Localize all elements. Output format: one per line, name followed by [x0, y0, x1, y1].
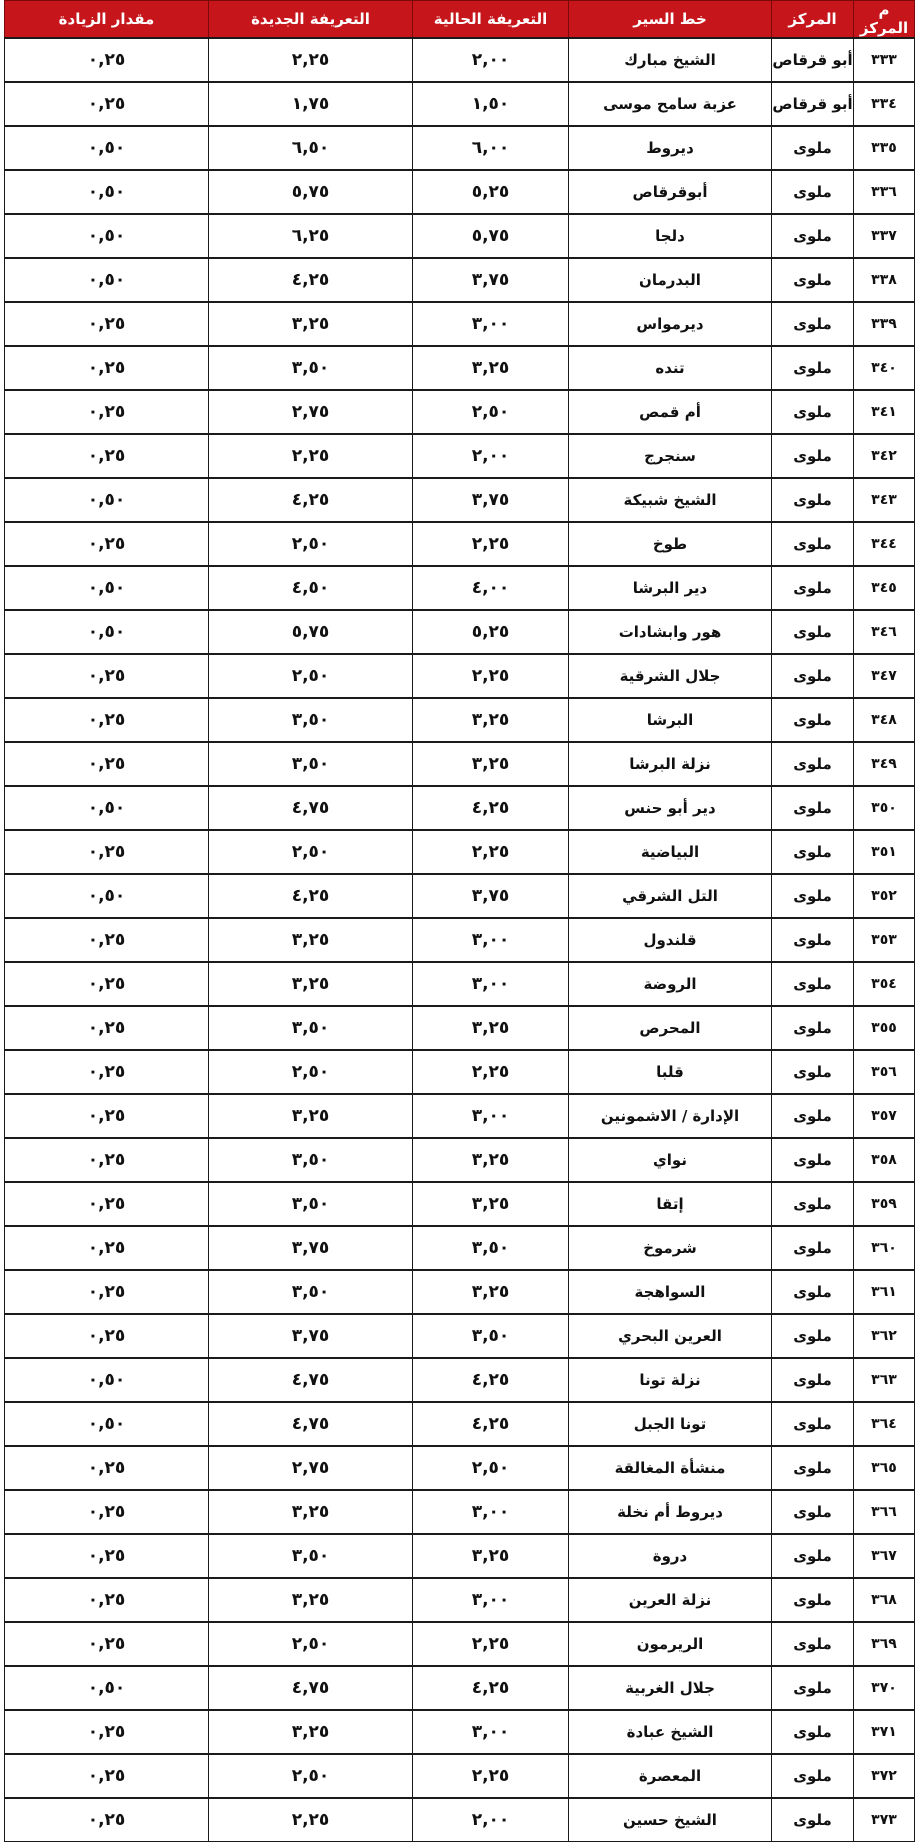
cell-increase: ٠,٢٥ — [5, 346, 209, 390]
cell-center-number: ٣٦٩ — [854, 1622, 915, 1666]
cell-increase: ٠,٢٥ — [5, 654, 209, 698]
cell-center-number: ٣٥٥ — [854, 1006, 915, 1050]
table-row: ٣٤٠ملوىتنده٣,٢٥٣,٥٠٠,٢٥ — [5, 346, 915, 390]
cell-new-fare: ٢,٥٠ — [209, 830, 413, 874]
cell-new-fare: ٣,٥٠ — [209, 1182, 413, 1226]
cell-route: الشيخ عبادة — [569, 1710, 772, 1754]
cell-center: ملوى — [772, 1578, 854, 1622]
cell-route: البياضية — [569, 830, 772, 874]
cell-increase: ٠,٢٥ — [5, 1314, 209, 1358]
cell-increase: ٠,٢٥ — [5, 1534, 209, 1578]
cell-new-fare: ٢,٢٥ — [209, 38, 413, 82]
cell-current-fare: ٢,٢٥ — [413, 1050, 569, 1094]
cell-center: ملوى — [772, 918, 854, 962]
cell-center-number: ٣٦٣ — [854, 1358, 915, 1402]
cell-route: الشيخ شبيكة — [569, 478, 772, 522]
cell-current-fare: ٣,٢٥ — [413, 1182, 569, 1226]
table-row: ٣٥٧ملوىالإدارة / الاشمونين٣,٠٠٣,٢٥٠,٢٥ — [5, 1094, 915, 1138]
header-route: خط السير — [569, 1, 772, 39]
cell-route: البدرمان — [569, 258, 772, 302]
fare-table: م المركز المركز خط السير التعريفة الحالي… — [4, 0, 915, 1800]
cell-current-fare: ٣,٢٥ — [413, 1006, 569, 1050]
cell-new-fare: ٣,٥٠ — [209, 1270, 413, 1314]
cell-center: ملوى — [772, 258, 854, 302]
cell-increase: ٠,٢٥ — [5, 1094, 209, 1138]
cell-center-number: ٣٤٩ — [854, 742, 915, 786]
cell-increase: ٠,٥٠ — [5, 566, 209, 610]
cell-route: دروة — [569, 1534, 772, 1578]
cell-route: هور وابشادات — [569, 610, 772, 654]
cell-center: أبو قرقاص — [772, 82, 854, 126]
cell-current-fare: ٢,٢٥ — [413, 522, 569, 566]
cell-new-fare: ٦,٢٥ — [209, 214, 413, 258]
cell-route: جلال الغربية — [569, 1666, 772, 1710]
table-row: ٣٣٩ملوىديرمواس٣,٠٠٣,٢٥٠,٢٥ — [5, 302, 915, 346]
cell-current-fare: ٣,٥٠ — [413, 1226, 569, 1270]
table-row: ٣٥٩ملوىإتقا٣,٢٥٣,٥٠٠,٢٥ — [5, 1182, 915, 1226]
cell-route: أبوقرقاص — [569, 170, 772, 214]
cell-current-fare: ٢,٥٠ — [413, 1446, 569, 1490]
cell-increase: ٠,٥٠ — [5, 786, 209, 830]
cell-current-fare: ٣,٢٥ — [413, 698, 569, 742]
cell-new-fare: ٣,٢٥ — [209, 1710, 413, 1754]
cell-center: ملوى — [772, 698, 854, 742]
cell-increase: ٠,٢٥ — [5, 38, 209, 82]
cell-new-fare: ٤,٢٥ — [209, 874, 413, 918]
cell-increase: ٠,٢٥ — [5, 1490, 209, 1534]
cell-current-fare: ٤,٢٥ — [413, 786, 569, 830]
cell-center-number: ٣٦٨ — [854, 1578, 915, 1622]
cell-new-fare: ٦,٥٠ — [209, 126, 413, 170]
cell-current-fare: ٣,٠٠ — [413, 1710, 569, 1754]
table-row: ٣٦٨ملوىنزلة العرين٣,٠٠٣,٢٥٠,٢٥ — [5, 1578, 915, 1622]
cell-route: شرموخ — [569, 1226, 772, 1270]
cell-new-fare: ٣,٢٥ — [209, 302, 413, 346]
header-center: المركز — [772, 1, 854, 39]
cell-new-fare: ٢,٥٠ — [209, 1622, 413, 1666]
cell-route: تونا الجبل — [569, 1402, 772, 1446]
cell-route: ديرمواس — [569, 302, 772, 346]
cell-route: المحرص — [569, 1006, 772, 1050]
cell-current-fare: ٣,٧٥ — [413, 478, 569, 522]
cell-center: ملوى — [772, 654, 854, 698]
cell-increase: ٠,٢٥ — [5, 830, 209, 874]
cell-increase: ٠,٥٠ — [5, 1402, 209, 1446]
cell-new-fare: ٤,٧٥ — [209, 786, 413, 830]
cell-increase: ٠,٥٠ — [5, 1666, 209, 1710]
cell-route: قلبا — [569, 1050, 772, 1094]
cell-new-fare: ٣,٧٥ — [209, 1226, 413, 1270]
cell-route: تنده — [569, 346, 772, 390]
cell-current-fare: ٢,٢٥ — [413, 1622, 569, 1666]
cell-increase: ٠,٢٥ — [5, 1138, 209, 1182]
table-row: ٣٧١ملوىالشيخ عبادة٣,٠٠٣,٢٥٠,٢٥ — [5, 1710, 915, 1754]
cell-center: ملوى — [772, 1710, 854, 1754]
cell-new-fare: ٣,٢٥ — [209, 962, 413, 1006]
table-row: ٣٣٦ملوىأبوقرقاص٥,٢٥٥,٧٥٠,٥٠ — [5, 170, 915, 214]
cell-route: نزلة البرشا — [569, 742, 772, 786]
cell-new-fare: ٢,٧٥ — [209, 1446, 413, 1490]
cell-center: ملوى — [772, 610, 854, 654]
cell-center-number: ٣٥٢ — [854, 874, 915, 918]
cell-route: ديروط — [569, 126, 772, 170]
cell-center: ملوى — [772, 1666, 854, 1710]
cell-center-number: ٣٧٢ — [854, 1754, 915, 1798]
cell-center-number: ٣٦١ — [854, 1270, 915, 1314]
cell-center-number: ٣٥٣ — [854, 918, 915, 962]
cell-center: ملوى — [772, 1050, 854, 1094]
cell-increase: ٠,٥٠ — [5, 258, 209, 302]
table-row: ٣٥٢ملوىالتل الشرقي٣,٧٥٤,٢٥٠,٥٠ — [5, 874, 915, 918]
cell-increase: ٠,٢٥ — [5, 962, 209, 1006]
table-row: ٣٧٢ملوىالمعصرة٢,٢٥٢,٥٠٠,٢٥ — [5, 1754, 915, 1798]
cell-current-fare: ٥,٢٥ — [413, 610, 569, 654]
cell-increase: ٠,٥٠ — [5, 478, 209, 522]
cell-current-fare: ٣,٠٠ — [413, 918, 569, 962]
cell-route: قلندول — [569, 918, 772, 962]
table-row: ٣٥٨ملوىنواي٣,٢٥٣,٥٠٠,٢٥ — [5, 1138, 915, 1182]
cell-center: ملوى — [772, 1270, 854, 1314]
cell-center-number: ٣٣٨ — [854, 258, 915, 302]
cell-new-fare: ٣,٥٠ — [209, 1534, 413, 1578]
cell-center: ملوى — [772, 1182, 854, 1226]
cell-increase: ٠,٢٥ — [5, 1446, 209, 1490]
table-row: ٣٦٣ملوىنزلة تونا٤,٢٥٤,٧٥٠,٥٠ — [5, 1358, 915, 1402]
cell-increase: ٠,٢٥ — [5, 1622, 209, 1666]
table-body: ٣٣٣أبو قرقاصالشيخ مبارك٢,٠٠٢,٢٥٠,٢٥٣٣٤أب… — [5, 38, 915, 1800]
cell-increase: ٠,٢٥ — [5, 82, 209, 126]
cell-new-fare: ٣,٥٠ — [209, 698, 413, 742]
cell-center-number: ٣٤٣ — [854, 478, 915, 522]
cell-new-fare: ٤,٢٥ — [209, 478, 413, 522]
cell-center: ملوى — [772, 478, 854, 522]
cell-center: ملوى — [772, 126, 854, 170]
cell-current-fare: ٢,٥٠ — [413, 390, 569, 434]
cell-increase: ٠,٢٥ — [5, 522, 209, 566]
cell-center: ملوى — [772, 1358, 854, 1402]
cell-route: جلال الشرقية — [569, 654, 772, 698]
cell-current-fare: ٥,٧٥ — [413, 214, 569, 258]
cell-route: العرين البحري — [569, 1314, 772, 1358]
cell-center: ملوى — [772, 1622, 854, 1666]
cell-current-fare: ٤,٢٥ — [413, 1402, 569, 1446]
cell-new-fare: ٢,٥٠ — [209, 1754, 413, 1798]
table-row: ٣٥٠ملوىدير أبو حنس٤,٢٥٤,٧٥٠,٥٠ — [5, 786, 915, 830]
cell-new-fare: ٣,٢٥ — [209, 918, 413, 962]
header-new-fare: التعريفة الجديدة — [209, 1, 413, 39]
cell-new-fare: ٣,٧٥ — [209, 1314, 413, 1358]
table-row: ٣٣٤أبو قرقاصعزبة سامح موسى١,٥٠١,٧٥٠,٢٥ — [5, 82, 915, 126]
cell-center-number: ٣٤٧ — [854, 654, 915, 698]
cell-new-fare: ٤,٢٥ — [209, 258, 413, 302]
cell-increase: ٠,٢٥ — [5, 1006, 209, 1050]
cell-increase: ٠,٢٥ — [5, 1578, 209, 1622]
cell-center-number: ٣٤٥ — [854, 566, 915, 610]
cell-center-number: ٣٤١ — [854, 390, 915, 434]
cell-increase: ٠,٢٥ — [5, 1710, 209, 1754]
cell-route: نزلة تونا — [569, 1358, 772, 1402]
table-row: ٣٦٥ملوىمنشأة المغالقة٢,٥٠٢,٧٥٠,٢٥ — [5, 1446, 915, 1490]
cell-new-fare: ١,٧٥ — [209, 82, 413, 126]
cell-center-number: ٣٥٩ — [854, 1182, 915, 1226]
cell-new-fare: ٤,٥٠ — [209, 566, 413, 610]
cell-current-fare: ٣,٢٥ — [413, 346, 569, 390]
cell-new-fare: ٤,٧٥ — [209, 1358, 413, 1402]
cell-route: التل الشرقي — [569, 874, 772, 918]
cell-route: المعصرة — [569, 1754, 772, 1798]
fare-table-container: م المركز المركز خط السير التعريفة الحالي… — [4, 0, 914, 1800]
table-row: ٣٧٠ملوىجلال الغربية٤,٢٥٤,٧٥٠,٥٠ — [5, 1666, 915, 1710]
cell-increase: ٠,٢٥ — [5, 1754, 209, 1798]
cell-center: ملوى — [772, 874, 854, 918]
cell-route: الشيخ مبارك — [569, 38, 772, 82]
table-row: ٣٤٦ملوىهور وابشادات٥,٢٥٥,٧٥٠,٥٠ — [5, 610, 915, 654]
cell-center-number: ٣٤٤ — [854, 522, 915, 566]
cell-current-fare: ٢,٢٥ — [413, 1754, 569, 1798]
cell-center-number: ٣٥٨ — [854, 1138, 915, 1182]
cell-current-fare: ٤,٢٥ — [413, 1666, 569, 1710]
cell-route: سنجرج — [569, 434, 772, 478]
cell-route: منشأة المغالقة — [569, 1446, 772, 1490]
cell-center-number: ٣٤٦ — [854, 610, 915, 654]
table-row: ٣٣٧ملوىدلجا٥,٧٥٦,٢٥٠,٥٠ — [5, 214, 915, 258]
cell-center-number: ٣٦٠ — [854, 1226, 915, 1270]
cell-center-number: ٣٦٥ — [854, 1446, 915, 1490]
cell-center-number: ٣٤٢ — [854, 434, 915, 478]
cell-center: ملوى — [772, 1754, 854, 1798]
cell-center: ملوى — [772, 522, 854, 566]
table-row: ٣٥٤ملوىالروضة٣,٠٠٣,٢٥٠,٢٥ — [5, 962, 915, 1006]
cell-current-fare: ٤,٢٥ — [413, 1358, 569, 1402]
cell-center: ملوى — [772, 1490, 854, 1534]
cell-center: ملوى — [772, 214, 854, 258]
cell-increase: ٠,٥٠ — [5, 170, 209, 214]
cell-new-fare: ٤,٧٥ — [209, 1666, 413, 1710]
header-current-fare: التعريفة الحالية — [413, 1, 569, 39]
table-header-row: م المركز المركز خط السير التعريفة الحالي… — [5, 1, 915, 39]
cell-route: أم قمص — [569, 390, 772, 434]
cell-increase: ٠,٢٥ — [5, 1050, 209, 1094]
cell-center-number: ٣٤٨ — [854, 698, 915, 742]
cell-center: ملوى — [772, 390, 854, 434]
table-row: ٣٤٢ملوىسنجرج٢,٠٠٢,٢٥٠,٢٥ — [5, 434, 915, 478]
cell-center: ملوى — [772, 434, 854, 478]
cell-center-number: ٣٧٠ — [854, 1666, 915, 1710]
table-row: ٣٦٤ملوىتونا الجبل٤,٢٥٤,٧٥٠,٥٠ — [5, 1402, 915, 1446]
header-increase: مقدار الزيادة — [5, 1, 209, 39]
cell-new-fare: ٣,٥٠ — [209, 1006, 413, 1050]
cell-current-fare: ٣,٧٥ — [413, 874, 569, 918]
cell-current-fare: ٢,٢٥ — [413, 654, 569, 698]
cell-current-fare: ٢,٠٠ — [413, 434, 569, 478]
cell-increase: ٠,٥٠ — [5, 126, 209, 170]
cell-center: ملوى — [772, 302, 854, 346]
cell-new-fare: ٢,٥٠ — [209, 522, 413, 566]
cell-center: أبو قرقاص — [772, 38, 854, 82]
cell-route: دير البرشا — [569, 566, 772, 610]
cell-current-fare: ٢,٠٠ — [413, 38, 569, 82]
cell-center-number: ٣٦٤ — [854, 1402, 915, 1446]
cell-increase: ٠,٢٥ — [5, 742, 209, 786]
cell-center-number: ٣٥٠ — [854, 786, 915, 830]
cell-current-fare: ٣,٢٥ — [413, 1534, 569, 1578]
cell-center-number: ٣٥٧ — [854, 1094, 915, 1138]
cell-increase: ٠,٥٠ — [5, 214, 209, 258]
cell-center: ملوى — [772, 1314, 854, 1358]
cell-route: ديروط أم نخلة — [569, 1490, 772, 1534]
cell-center: ملوى — [772, 1006, 854, 1050]
table-row: ٣٤٤ملوىطوخ٢,٢٥٢,٥٠٠,٢٥ — [5, 522, 915, 566]
cell-increase: ٠,٢٥ — [5, 434, 209, 478]
cell-route: عزبة سامح موسى — [569, 82, 772, 126]
cell-new-fare: ٣,٢٥ — [209, 1490, 413, 1534]
cell-center-number: ٣٦٦ — [854, 1490, 915, 1534]
table-row: ٣٥١ملوىالبياضية٢,٢٥٢,٥٠٠,٢٥ — [5, 830, 915, 874]
cell-center-number: ٣٣٤ — [854, 82, 915, 126]
cell-route: السواهجة — [569, 1270, 772, 1314]
table-row: ٣٤٧ملوىجلال الشرقية٢,٢٥٢,٥٠٠,٢٥ — [5, 654, 915, 698]
cell-center: ملوى — [772, 830, 854, 874]
cell-route: طوخ — [569, 522, 772, 566]
cell-increase: ٠,٢٥ — [5, 390, 209, 434]
cell-route: نواي — [569, 1138, 772, 1182]
cell-route: إتقا — [569, 1182, 772, 1226]
cell-new-fare: ٢,٢٥ — [209, 434, 413, 478]
cell-new-fare: ٣,٥٠ — [209, 1138, 413, 1182]
cell-center: ملوى — [772, 742, 854, 786]
cell-route: البرشا — [569, 698, 772, 742]
table-row: ٣٤٣ملوىالشيخ شبيكة٣,٧٥٤,٢٥٠,٥٠ — [5, 478, 915, 522]
table-row: ٣٦٠ملوىشرموخ٣,٥٠٣,٧٥٠,٢٥ — [5, 1226, 915, 1270]
table-row: ٣٦٦ملوىديروط أم نخلة٣,٠٠٣,٢٥٠,٢٥ — [5, 1490, 915, 1534]
cell-current-fare: ٣,٢٥ — [413, 742, 569, 786]
table-row: ٣٦١ملوىالسواهجة٣,٢٥٣,٥٠٠,٢٥ — [5, 1270, 915, 1314]
table-row: ٣٦٧ملوىدروة٣,٢٥٣,٥٠٠,٢٥ — [5, 1534, 915, 1578]
cell-center-number: ٣٣٥ — [854, 126, 915, 170]
cell-center-number: ٣٣٧ — [854, 214, 915, 258]
cell-center-number: ٣٣٩ — [854, 302, 915, 346]
cell-center-number: ٣٦٢ — [854, 1314, 915, 1358]
cell-current-fare: ٣,٥٠ — [413, 1314, 569, 1358]
cell-route: الريرمون — [569, 1622, 772, 1666]
cell-center: ملوى — [772, 170, 854, 214]
cell-center-number: ٣٣٦ — [854, 170, 915, 214]
cell-center: ملوى — [772, 1446, 854, 1490]
table-row: ٣٤٥ملوىدير البرشا٤,٠٠٤,٥٠٠,٥٠ — [5, 566, 915, 610]
cell-center: ملوى — [772, 1402, 854, 1446]
table-row: ٣٤٩ملوىنزلة البرشا٣,٢٥٣,٥٠٠,٢٥ — [5, 742, 915, 786]
cell-current-fare: ٣,٠٠ — [413, 962, 569, 1006]
cell-new-fare: ٢,٥٠ — [209, 654, 413, 698]
cell-center: ملوى — [772, 1534, 854, 1578]
cell-new-fare: ٥,٧٥ — [209, 610, 413, 654]
cell-increase: ٠,٢٥ — [5, 1226, 209, 1270]
cell-increase: ٠,٢٥ — [5, 1270, 209, 1314]
cell-center: ملوى — [772, 1226, 854, 1270]
cell-center: ملوى — [772, 346, 854, 390]
cell-increase: ٠,٥٠ — [5, 874, 209, 918]
table-row: ٣٤١ملوىأم قمص٢,٥٠٢,٧٥٠,٢٥ — [5, 390, 915, 434]
cell-new-fare: ٣,٥٠ — [209, 346, 413, 390]
cell-current-fare: ١,٥٠ — [413, 82, 569, 126]
cell-current-fare: ٣,٠٠ — [413, 302, 569, 346]
table-row: ٣٥٣ملوىقلندول٣,٠٠٣,٢٥٠,٢٥ — [5, 918, 915, 962]
table-row: ٣٤٨ملوىالبرشا٣,٢٥٣,٥٠٠,٢٥ — [5, 698, 915, 742]
cell-increase: ٠,٥٠ — [5, 610, 209, 654]
cell-center-number: ٣٣٣ — [854, 38, 915, 82]
cell-increase: ٠,٢٥ — [5, 918, 209, 962]
cell-center-number: ٣٦٧ — [854, 1534, 915, 1578]
cell-center-number: ٣٤٠ — [854, 346, 915, 390]
cell-new-fare: ٣,٥٠ — [209, 742, 413, 786]
table-row: ٣٥٦ملوىقلبا٢,٢٥٢,٥٠٠,٢٥ — [5, 1050, 915, 1094]
cell-current-fare: ٣,٠٠ — [413, 1094, 569, 1138]
cell-increase: ٠,٢٥ — [5, 1182, 209, 1226]
cell-route: الروضة — [569, 962, 772, 1006]
header-center-number: م المركز — [854, 1, 915, 39]
cell-route: دلجا — [569, 214, 772, 258]
cell-current-fare: ٤,٠٠ — [413, 566, 569, 610]
table-row: ٣٦٩ملوىالريرمون٢,٢٥٢,٥٠٠,٢٥ — [5, 1622, 915, 1666]
cell-current-fare: ٦,٠٠ — [413, 126, 569, 170]
cell-current-fare: ٢,٢٥ — [413, 830, 569, 874]
cell-route: نزلة العرين — [569, 1578, 772, 1622]
cell-center: ملوى — [772, 1094, 854, 1138]
cell-route: الإدارة / الاشمونين — [569, 1094, 772, 1138]
cell-new-fare: ٣,٢٥ — [209, 1578, 413, 1622]
cell-route: دير أبو حنس — [569, 786, 772, 830]
cell-current-fare: ٣,٠٠ — [413, 1490, 569, 1534]
cell-current-fare: ٥,٢٥ — [413, 170, 569, 214]
cell-current-fare: ٣,٧٥ — [413, 258, 569, 302]
cell-center-number: ٣٥١ — [854, 830, 915, 874]
table-row: ٣٦٢ملوىالعرين البحري٣,٥٠٣,٧٥٠,٢٥ — [5, 1314, 915, 1358]
cell-current-fare: ٣,٠٠ — [413, 1578, 569, 1622]
cell-increase: ٠,٥٠ — [5, 1358, 209, 1402]
cell-center: ملوى — [772, 786, 854, 830]
cell-center: ملوى — [772, 962, 854, 1006]
cell-center: ملوى — [772, 1138, 854, 1182]
cell-increase: ٠,٢٥ — [5, 302, 209, 346]
table-row: ٣٣٣أبو قرقاصالشيخ مبارك٢,٠٠٢,٢٥٠,٢٥ — [5, 38, 915, 82]
cell-new-fare: ٢,٥٠ — [209, 1050, 413, 1094]
cell-current-fare: ٣,٢٥ — [413, 1270, 569, 1314]
cell-new-fare: ٣,٢٥ — [209, 1094, 413, 1138]
cell-center: ملوى — [772, 566, 854, 610]
cell-center-number: ٣٧١ — [854, 1710, 915, 1754]
cell-center-number: ٣٥٤ — [854, 962, 915, 1006]
table-row: ٣٣٥ملوىديروط٦,٠٠٦,٥٠٠,٥٠ — [5, 126, 915, 170]
table-row: ٣٣٨ملوىالبدرمان٣,٧٥٤,٢٥٠,٥٠ — [5, 258, 915, 302]
cell-center-number: ٣٥٦ — [854, 1050, 915, 1094]
table-row: ٣٥٥ملوىالمحرص٣,٢٥٣,٥٠٠,٢٥ — [5, 1006, 915, 1050]
cell-new-fare: ٥,٧٥ — [209, 170, 413, 214]
cell-new-fare: ٢,٧٥ — [209, 390, 413, 434]
cell-new-fare: ٤,٧٥ — [209, 1402, 413, 1446]
cell-increase: ٠,٢٥ — [5, 698, 209, 742]
cell-current-fare: ٣,٢٥ — [413, 1138, 569, 1182]
